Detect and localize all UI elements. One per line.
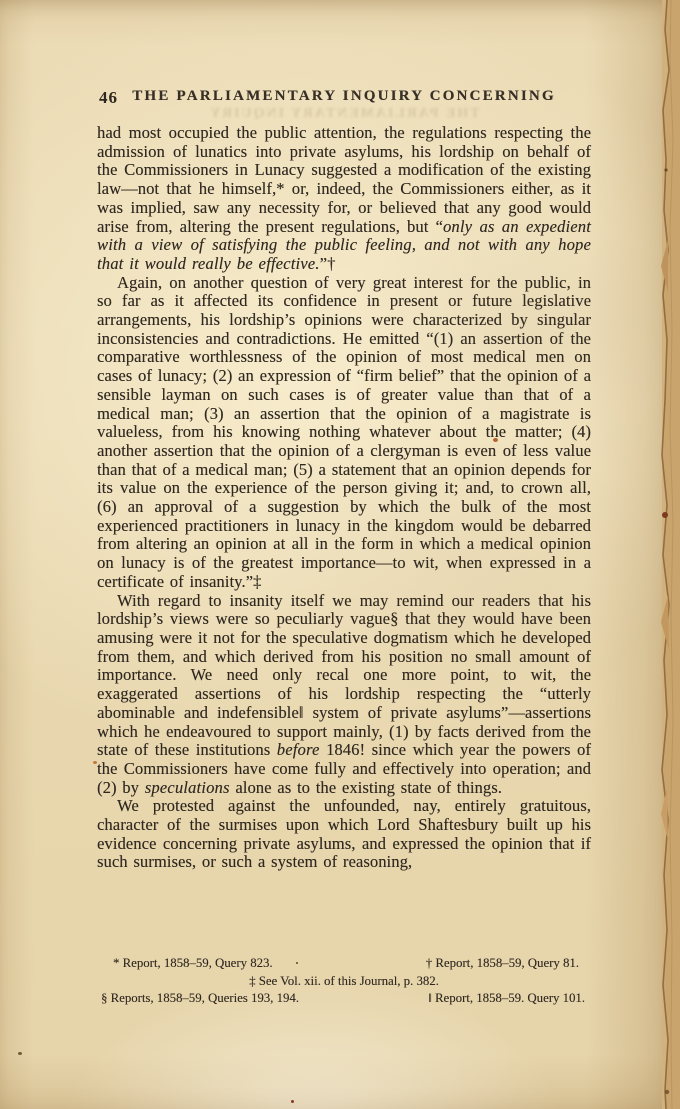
footnote: § Reports, 1858–59, Queries 193, 194.: [101, 990, 299, 1008]
footnote-row: ‡ See Vol. xii. of this Journal, p. 382.: [97, 973, 591, 991]
paper-speck: [291, 1100, 294, 1103]
footnotes: * Report, 1858–59, Query 823.† Report, 1…: [97, 955, 591, 1008]
paper-speck: [18, 1052, 22, 1055]
text-segment: alone as to the existing state of things…: [230, 778, 502, 797]
footnote: ‡ See Vol. xii. of this Journal, p. 382.: [249, 974, 439, 988]
running-title: THE PARLIAMENTARY INQUIRY CONCERNING: [97, 88, 591, 105]
text-segment: ”†: [320, 254, 336, 273]
page-number: 46: [99, 88, 118, 108]
footnote-row: § Reports, 1858–59, Queries 193, 194.‖ R…: [97, 990, 591, 1008]
paragraph: Again, on another question of very great…: [97, 274, 591, 592]
footnote: † Report, 1858–59, Query 81.: [426, 955, 579, 973]
running-header: 46 THE PARLIAMENTARY INQUIRY CONCERNING: [97, 88, 591, 110]
text-segment: Again, on another question of very great…: [97, 273, 591, 591]
scanned-book-page: THE PARLIAMENTARY INQUIRY 46 THE PARLIAM…: [0, 0, 680, 1109]
italic-text-segment: speculations: [145, 778, 230, 797]
footnote-row: * Report, 1858–59, Query 823.† Report, 1…: [97, 955, 591, 973]
italic-text-segment: before: [277, 740, 320, 759]
torn-page-edge: [646, 0, 680, 1109]
footnote: * Report, 1858–59, Query 823.: [113, 955, 273, 973]
article-body: had most occupied the public attention, …: [97, 124, 591, 872]
text-segment: We protested against the unfounded, nay,…: [97, 796, 591, 871]
paragraph: had most occupied the public attention, …: [97, 124, 591, 274]
paragraph: We protested against the unfounded, nay,…: [97, 797, 591, 872]
paragraph: With regard to insanity itself we may re…: [97, 592, 591, 798]
footnote: ‖ Report, 1858–59. Query 101.: [428, 990, 585, 1008]
text-segment: With regard to insanity itself we may re…: [97, 591, 591, 760]
